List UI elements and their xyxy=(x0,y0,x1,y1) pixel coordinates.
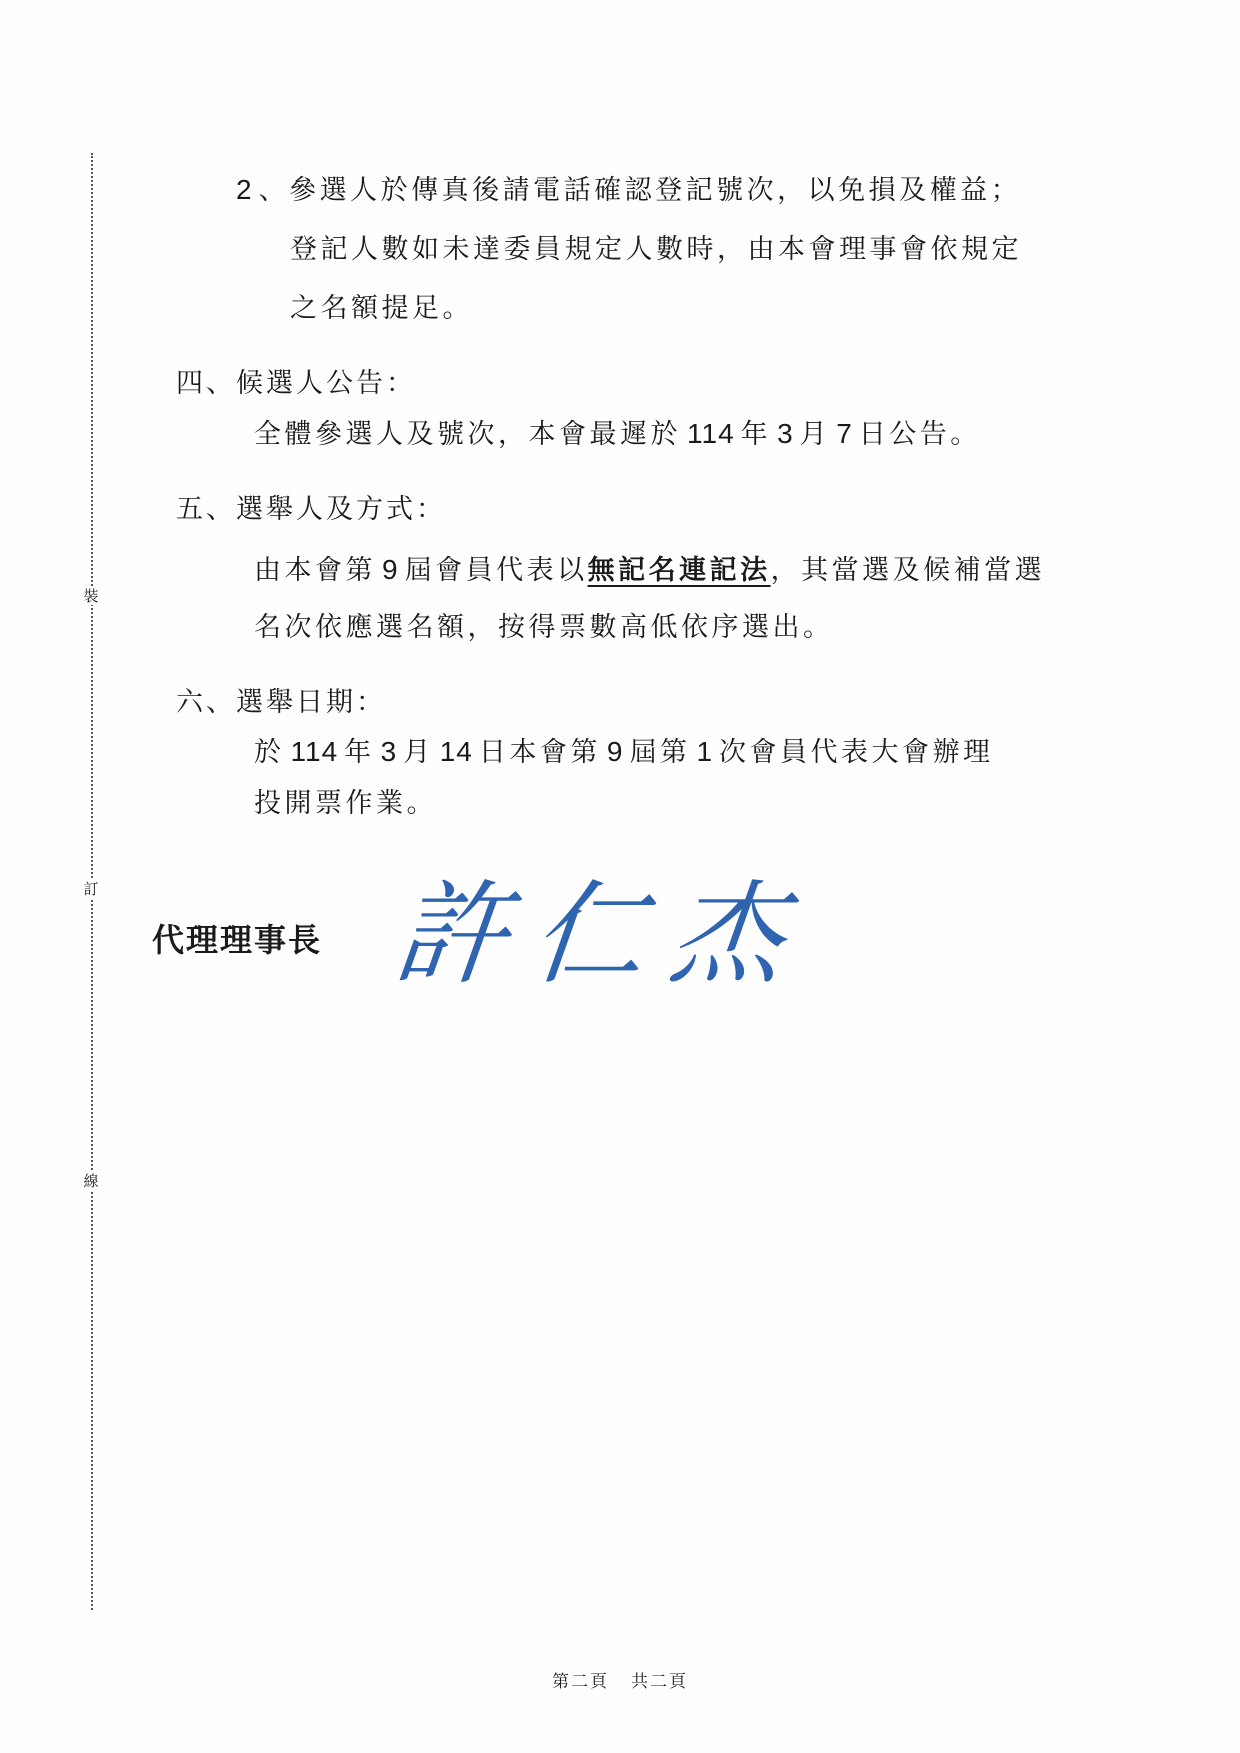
item-2-number: 2 xyxy=(236,174,259,205)
binding-char-xian: 線 xyxy=(80,1172,102,1190)
section-4-heading: 四、候選人公告： xyxy=(176,366,416,402)
binding-char-ding: 訂 xyxy=(80,880,102,898)
page-total: 共二頁 xyxy=(631,1672,688,1692)
signer-title: 代理理事長 xyxy=(152,915,322,961)
section-6-line-1: 於114年3月14日本會第9屆第1次會員代表大會辦理 xyxy=(254,734,994,771)
page-footer: 第二頁共二頁 xyxy=(0,1667,1240,1692)
section-5-heading: 五、選舉人及方式： xyxy=(176,492,446,528)
item-2-line-3: 之名額提足。 xyxy=(290,291,473,327)
section-6-heading: 六、選舉日期： xyxy=(176,685,386,721)
item-2-line-2: 登記人數如未達委員規定人數時，由本會理事會依規定 xyxy=(290,232,1022,268)
page-number: 第二頁 xyxy=(552,1672,609,1692)
voting-method-underlined: 無記名連記法 xyxy=(588,555,771,586)
section-5-line-1: 由本會第9屆會員代表以無記名連記法，其當選及候補當選 xyxy=(254,552,1045,589)
handwritten-signature: 許仁杰 xyxy=(388,870,816,1000)
section-4-body: 全體參選人及號次，本會最遲於114年3月7日公告。 xyxy=(254,416,981,453)
item-2-line-1: 2、參選人於傳真後請電話確認登記號次，以免損及權益； xyxy=(236,172,1021,209)
section-5-line-2: 名次依應選名額，按得票數高低依序選出。 xyxy=(254,610,834,646)
document-page: 裝 訂 線 2、參選人於傳真後請電話確認登記號次，以免損及權益； 登記人數如未達… xyxy=(0,0,1240,1753)
section-6-line-2: 投開票作業。 xyxy=(254,786,437,822)
binding-char-zhuang: 裝 xyxy=(80,587,102,605)
